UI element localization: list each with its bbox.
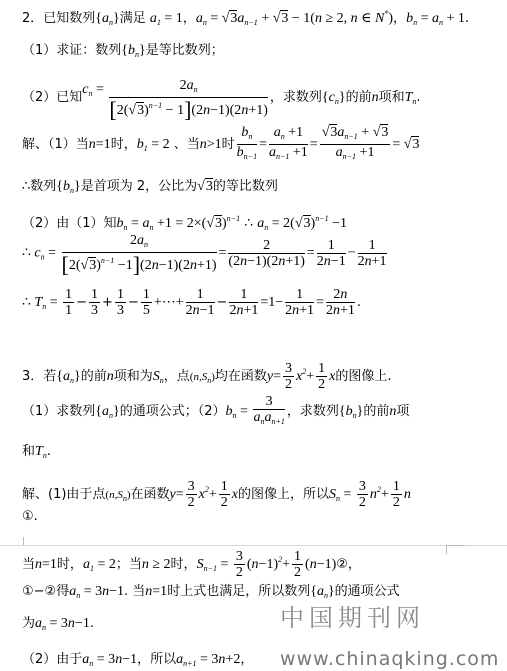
problem2-solution1: 解、（1）当n=1时，b1 = 2 、当n>1时bnbn−1=an +1an−1… (22, 125, 419, 169)
problem2-part1: （1）求证：数列{bn}是等比数列； (22, 42, 224, 64)
watermark-chinese: 中国期刊网 (280, 598, 425, 633)
problem3-solution1: 解、(1)由于点(n,Sn)在函数y=32x2+12x的图像上，所以Sn = 3… (22, 470, 411, 519)
problem3-line-a: 当n=1时，a1 = 2；当n ≥ 2时，Sn−1 = 32(n−1)2+12(… (22, 540, 361, 589)
problem2-solution2-line3: ∴ Tn = 11−13+13−15+⋯+12n−1−12n+1=1−12n+1… (22, 283, 361, 327)
problem3-line-c: 为an = 3n−1. (22, 615, 94, 637)
problem2-conclusion1: ∴数列{bn}是首项为 2，公比为√3的等比数列 (22, 178, 278, 200)
problem3-parts-cont: 和Tn. (22, 443, 51, 465)
problem2-statement: 2．已知数列{an}满足 a1 = 1，an = √3an−1 + √3 − 1… (22, 5, 469, 32)
page-corner-marker-right (446, 545, 465, 554)
problem3-line-d: （2）由于an = 3n−1，所以an+1 = 3n+2， (22, 651, 253, 671)
watermark-url: www.chinaqking.com (280, 648, 499, 670)
problem3-circle1: ①. (22, 508, 38, 526)
problem2-solution2-line2: ∴ cn = 2an[2(√3)n−1 −1](2n−1)(2n+1)=2(2n… (22, 233, 389, 278)
problem3-parts: （1）求数列{an}的通项公式；（2）bn = 3anan+1，求数列{bn}的… (22, 392, 409, 436)
problem2-part2: （2）已知cn = 2an[2(√3)n−1 − 1](2n−1)(2n+1)，… (22, 70, 421, 122)
